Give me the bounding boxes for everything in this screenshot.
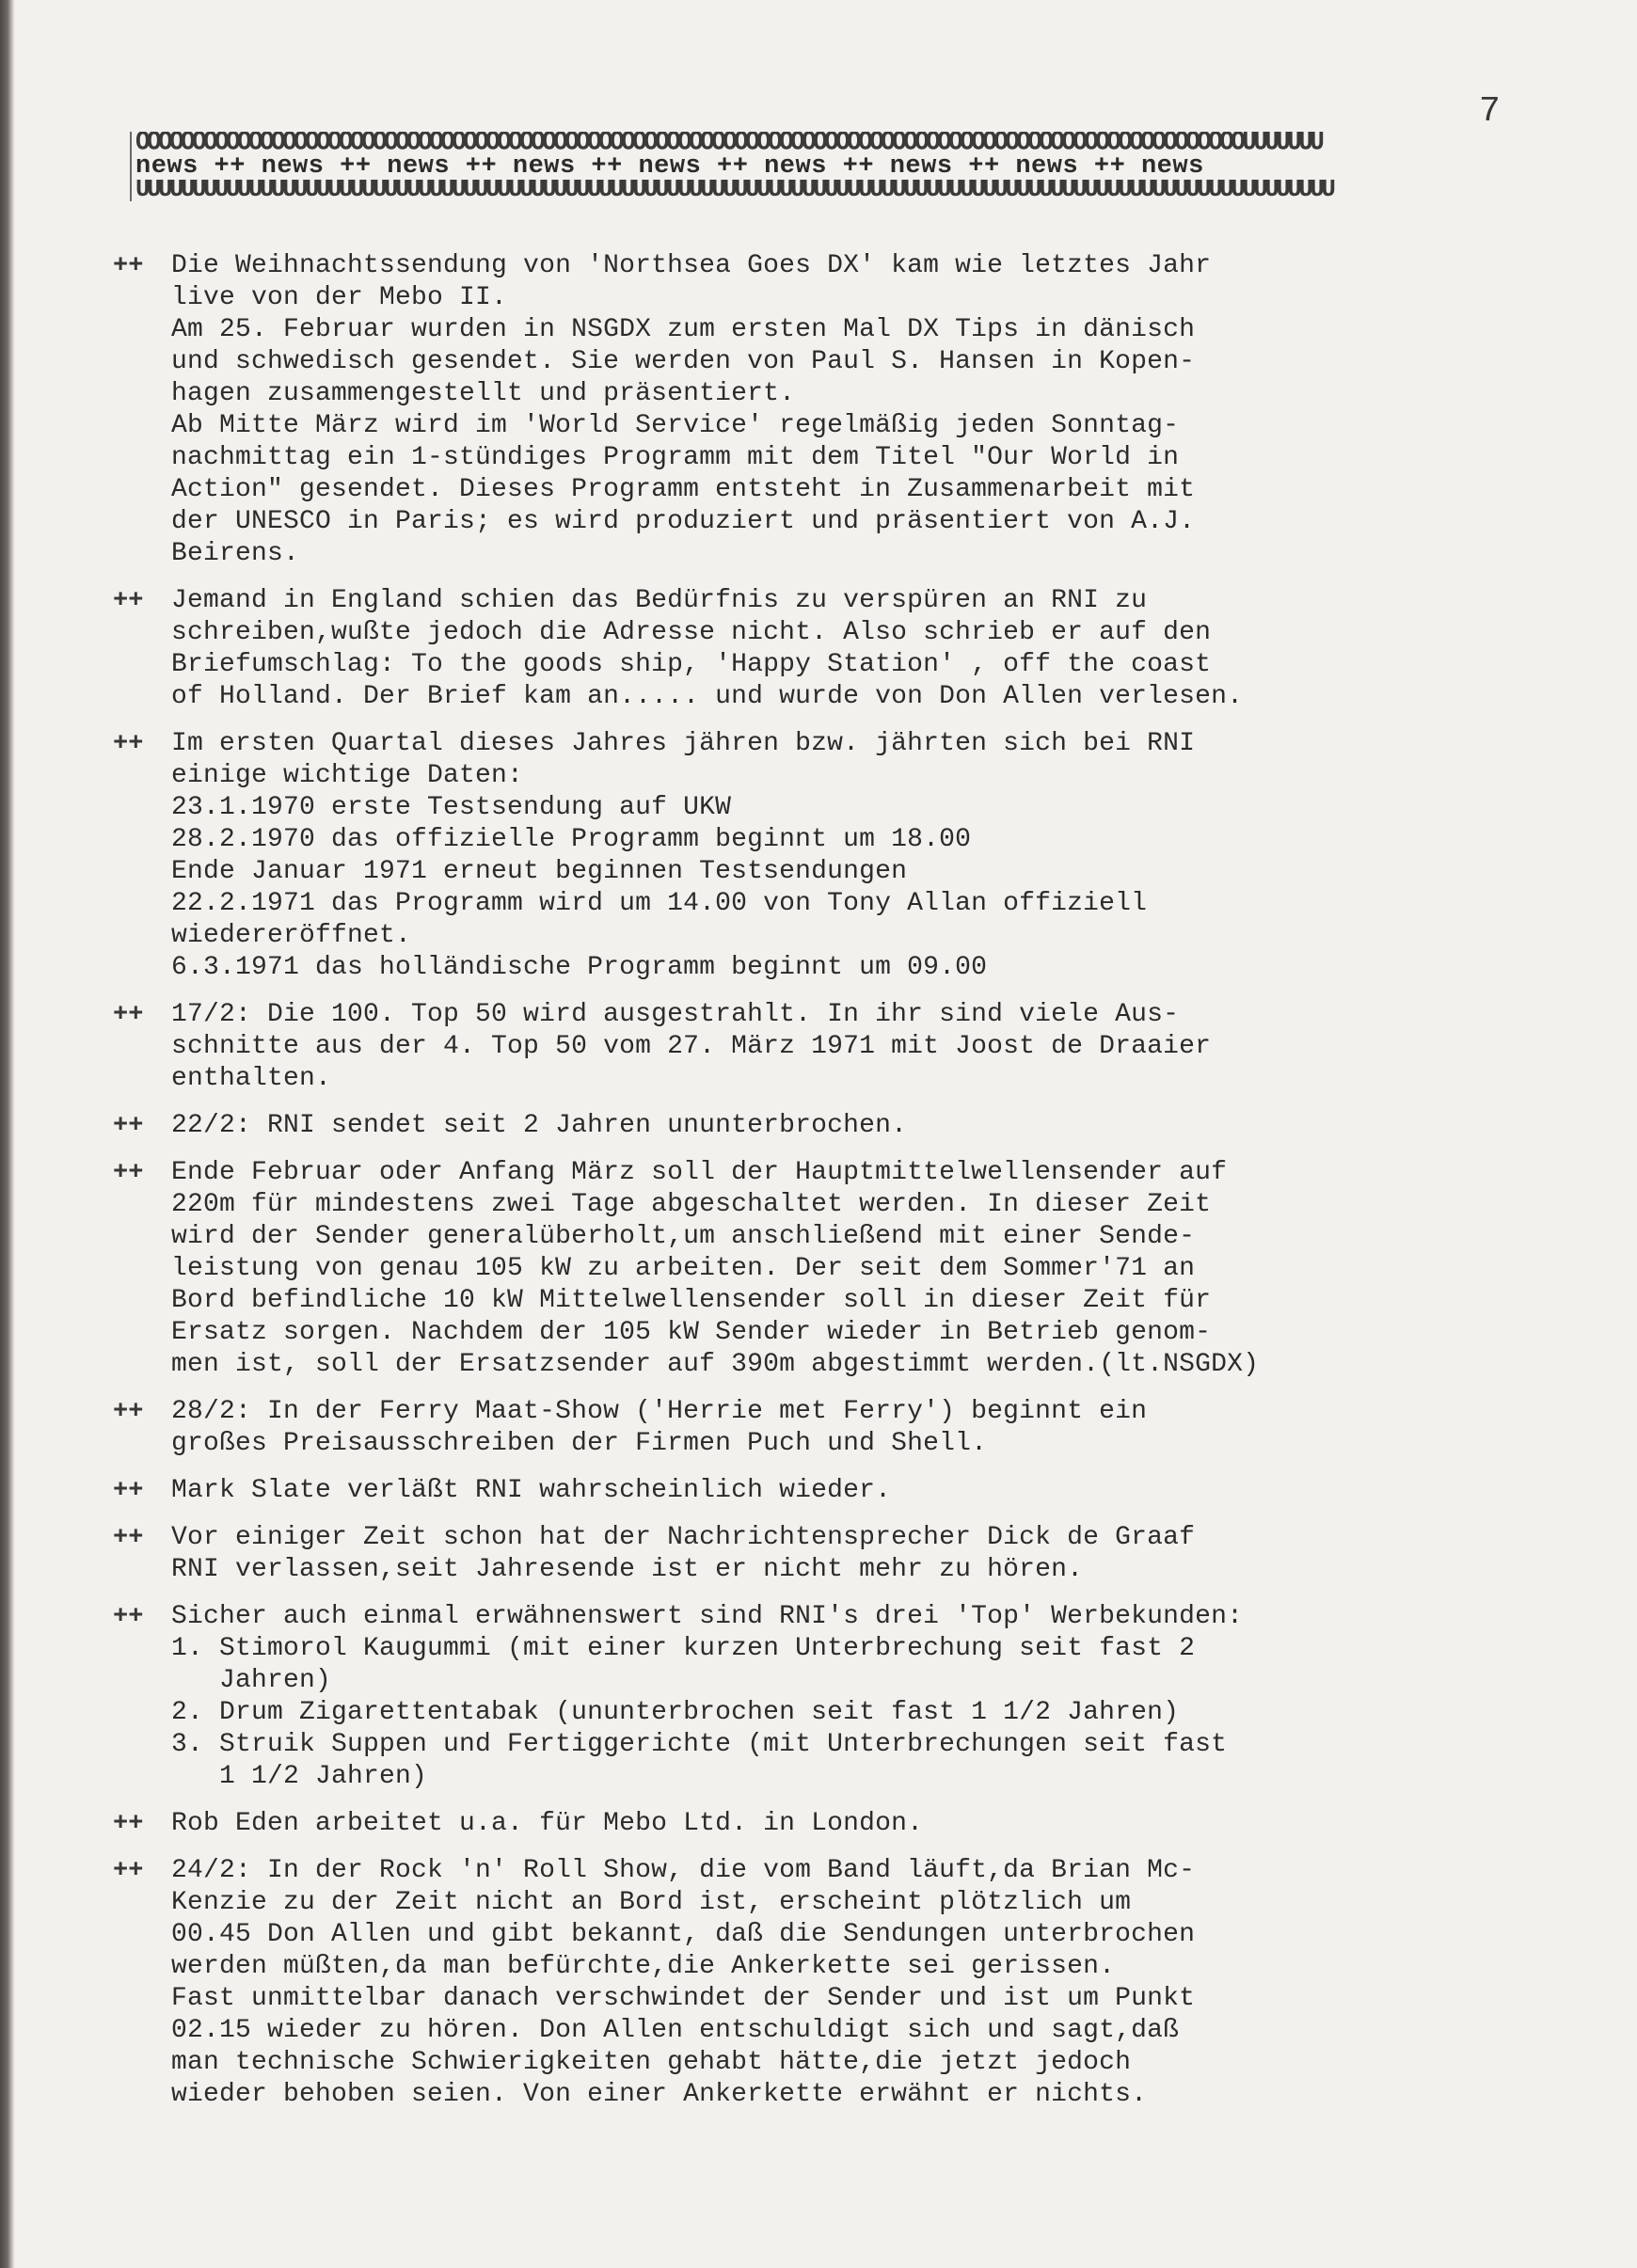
text-line: Vor einiger Zeit schon hat der Nachricht… (171, 1522, 1543, 1554)
item-marker: ++ (113, 1110, 171, 1142)
item-marker: ++ (113, 1522, 171, 1586)
text-line: leistung von genau 105 kW zu arbeiten. D… (171, 1253, 1543, 1285)
text-line: Briefumschlag: To the goods ship, 'Happy… (171, 649, 1543, 681)
news-item: ++Rob Eden arbeitet u.a. für Mebo Ltd. i… (113, 1808, 1543, 1840)
item-text: Jemand in England schien das Bedürfnis z… (171, 585, 1543, 713)
banner-bottom-border: UUUUUUUUUUUUUUUUUUUUUUUUUUUUUUUUUUUUUUUU… (135, 179, 1537, 201)
scan-page-edge (0, 0, 15, 2268)
item-text: 24/2: In der Rock 'n' Roll Show, die vom… (171, 1855, 1543, 2111)
text-line: man technische Schwierigkeiten gehabt hä… (171, 2047, 1543, 2079)
text-line: Ende Februar oder Anfang März soll der H… (171, 1157, 1543, 1189)
text-line: enthalten. (171, 1063, 1543, 1095)
text-line: Die Weihnachtssendung von 'Northsea Goes… (171, 250, 1543, 282)
text-line: 28.2.1970 das offizielle Programm beginn… (171, 824, 1543, 856)
news-items: ++Die Weihnachtssendung von 'Northsea Go… (113, 250, 1543, 2126)
item-text: Sicher auch einmal erwähnenswert sind RN… (171, 1601, 1543, 1793)
text-line: 2. Drum Zigarettentabak (ununterbrochen … (171, 1697, 1543, 1729)
news-item: ++Ende Februar oder Anfang März soll der… (113, 1157, 1543, 1381)
text-line: Kenzie zu der Zeit nicht an Bord ist, er… (171, 1887, 1543, 1919)
text-line: Am 25. Februar wurden in NSGDX zum erste… (171, 314, 1543, 346)
text-line: men ist, soll der Ersatzsender auf 390m … (171, 1349, 1543, 1381)
text-line: schnitte aus der 4. Top 50 vom 27. März … (171, 1031, 1543, 1063)
item-marker: ++ (113, 1475, 171, 1507)
item-text: 17/2: Die 100. Top 50 wird ausgestrahlt.… (171, 999, 1543, 1095)
news-item: ++Die Weihnachtssendung von 'Northsea Go… (113, 250, 1543, 570)
item-text: Im ersten Quartal dieses Jahres jähren b… (171, 728, 1543, 984)
item-text: 22/2: RNI sendet seit 2 Jahren ununterbr… (171, 1110, 1543, 1142)
text-line: Ende Januar 1971 erneut beginnen Testsen… (171, 856, 1543, 888)
text-line: 22.2.1971 das Programm wird um 14.00 von… (171, 888, 1543, 920)
news-item: ++17/2: Die 100. Top 50 wird ausgestrahl… (113, 999, 1543, 1095)
text-line: Im ersten Quartal dieses Jahres jähren b… (171, 728, 1543, 760)
item-text: Mark Slate verläßt RNI wahrscheinlich wi… (171, 1475, 1543, 1507)
item-marker: ++ (113, 728, 171, 984)
item-text: Rob Eden arbeitet u.a. für Mebo Ltd. in … (171, 1808, 1543, 1840)
text-line: Jemand in England schien das Bedürfnis z… (171, 585, 1543, 617)
text-line: 6.3.1971 das holländische Programm begin… (171, 952, 1543, 984)
text-line: Jahren) (171, 1665, 1543, 1697)
news-item: ++Sicher auch einmal erwähnenswert sind … (113, 1601, 1543, 1793)
item-marker: ++ (113, 1808, 171, 1840)
text-line: Fast unmittelbar danach verschwindet der… (171, 1983, 1543, 2015)
text-line: 23.1.1970 erste Testsendung auf UKW (171, 792, 1543, 824)
item-text: Ende Februar oder Anfang März soll der H… (171, 1157, 1543, 1381)
item-text: Vor einiger Zeit schon hat der Nachricht… (171, 1522, 1543, 1586)
text-line: 28/2: In der Ferry Maat-Show ('Herrie me… (171, 1396, 1543, 1428)
news-item: ++Vor einiger Zeit schon hat der Nachric… (113, 1522, 1543, 1586)
text-line: wird der Sender generalüberholt,um ansch… (171, 1221, 1543, 1253)
text-line: of Holland. Der Brief kam an..... und wu… (171, 681, 1543, 713)
item-marker: ++ (113, 1157, 171, 1381)
text-line: 02.15 wieder zu hören. Don Allen entschu… (171, 2015, 1543, 2047)
text-line: 22/2: RNI sendet seit 2 Jahren ununterbr… (171, 1110, 1543, 1142)
text-line: nachmittag ein 1-stündiges Programm mit … (171, 442, 1543, 474)
item-marker: ++ (113, 1396, 171, 1460)
text-line: großes Preisausschreiben der Firmen Puch… (171, 1428, 1543, 1460)
news-item: ++Mark Slate verläßt RNI wahrscheinlich … (113, 1475, 1543, 1507)
page-number: 7 (1479, 94, 1501, 130)
news-banner: OOOOOOOOOOOOOOOOOOOOOOOOOOOOOOOOOOOOOOOO… (130, 132, 1537, 201)
text-line: 220m für mindestens zwei Tage abgeschalt… (171, 1189, 1543, 1221)
news-item: ++28/2: In der Ferry Maat-Show ('Herrie … (113, 1396, 1543, 1460)
text-line: Bord befindliche 10 kW Mittelwellensende… (171, 1285, 1543, 1317)
text-line: der UNESCO in Paris; es wird produziert … (171, 506, 1543, 538)
item-text: 28/2: In der Ferry Maat-Show ('Herrie me… (171, 1396, 1543, 1460)
item-marker: ++ (113, 250, 171, 570)
text-line: schreiben,wußte jedoch die Adresse nicht… (171, 617, 1543, 649)
text-line: einige wichtige Daten: (171, 760, 1543, 792)
text-line: wieder behoben seien. Von einer Ankerket… (171, 2079, 1543, 2111)
text-line: RNI verlassen,seit Jahresende ist er nic… (171, 1554, 1543, 1586)
news-item: ++24/2: In der Rock 'n' Roll Show, die v… (113, 1855, 1543, 2111)
news-item: ++Im ersten Quartal dieses Jahres jähren… (113, 728, 1543, 984)
banner-news-line: news ++ news ++ news ++ news ++ news ++ … (135, 154, 1537, 179)
text-line: und schwedisch gesendet. Sie werden von … (171, 346, 1543, 378)
text-line: hagen zusammengestellt und präsentiert. (171, 378, 1543, 410)
text-line: live von der Mebo II. (171, 282, 1543, 314)
text-line: Action" gesendet. Dieses Programm entste… (171, 474, 1543, 506)
item-marker: ++ (113, 585, 171, 713)
text-line: 3. Struik Suppen und Fertiggerichte (mit… (171, 1729, 1543, 1761)
text-line: Beirens. (171, 538, 1543, 570)
item-marker: ++ (113, 999, 171, 1095)
text-line: werden müßten,da man befürchte,die Anker… (171, 1951, 1543, 1983)
item-text: Die Weihnachtssendung von 'Northsea Goes… (171, 250, 1543, 570)
banner-top-border: OOOOOOOOOOOOOOOOOOOOOOOOOOOOOOOOOOOOOOOO… (135, 132, 1537, 155)
text-line: 1. Stimorol Kaugummi (mit einer kurzen U… (171, 1633, 1543, 1665)
item-marker: ++ (113, 1855, 171, 2111)
text-line: Ab Mitte März wird im 'World Service' re… (171, 410, 1543, 442)
news-item: ++Jemand in England schien das Bedürfnis… (113, 585, 1543, 713)
text-line: 1 1/2 Jahren) (171, 1761, 1543, 1793)
text-line: 00.45 Don Allen und gibt bekannt, daß di… (171, 1919, 1543, 1951)
text-line: 17/2: Die 100. Top 50 wird ausgestrahlt.… (171, 999, 1543, 1031)
text-line: Mark Slate verläßt RNI wahrscheinlich wi… (171, 1475, 1543, 1507)
item-marker: ++ (113, 1601, 171, 1793)
text-line: Rob Eden arbeitet u.a. für Mebo Ltd. in … (171, 1808, 1543, 1840)
text-line: 24/2: In der Rock 'n' Roll Show, die vom… (171, 1855, 1543, 1887)
news-item: ++22/2: RNI sendet seit 2 Jahren ununter… (113, 1110, 1543, 1142)
text-line: Ersatz sorgen. Nachdem der 105 kW Sender… (171, 1317, 1543, 1349)
text-line: Sicher auch einmal erwähnenswert sind RN… (171, 1601, 1543, 1633)
text-line: wiedereröffnet. (171, 920, 1543, 952)
